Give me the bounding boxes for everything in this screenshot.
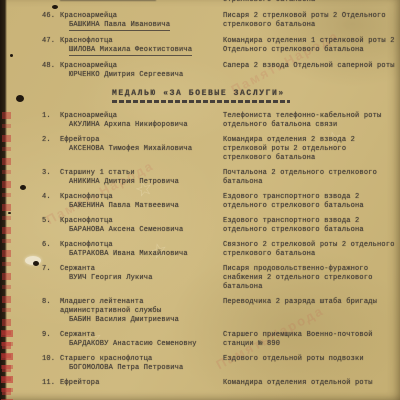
entry-rank: Красноармейца — [60, 62, 218, 71]
entry-name: АКСЕНОВА Тимофея Михайловича — [60, 145, 218, 154]
award-entry: 3. Старшину 1 статьи АНИКИНА Дмитрия Пет… — [0, 169, 400, 187]
clipped-top-entry: стрелкового батальона — [0, 0, 400, 5]
entry-number: 48. — [42, 62, 60, 71]
typed-text-block: стрелкового батальона 46. Красноармейца … — [0, 0, 400, 394]
entry-name: БАРДАКОВУ Анастасию Семеновну — [60, 340, 218, 349]
entry-number: 47. — [42, 37, 60, 46]
entry-name: АНИКИНА Дмитрия Петровича — [60, 178, 218, 187]
entry-rank: Красноармейца — [60, 112, 218, 121]
award-entry: 48. Красноармейца ЮРЧЕНКО Дмитрия Сергее… — [0, 62, 400, 80]
entry-name: ЮРЧЕНКО Дмитрия Сергеевича — [60, 71, 218, 80]
entry-name: БАЖЕНИНА Павла Матвеевича — [60, 202, 218, 211]
award-entry: 7. Сержанта ВУИЧ Георгия Лукича Писаря п… — [0, 265, 400, 292]
entry-name: БАБИН Василия Дмитриевича — [60, 316, 218, 325]
top-entries-list: 46. Красноармейца БАШКИНА Павла Иванович… — [0, 12, 400, 80]
main-entries-list: 1. Красноармейца АКУЛИНА Архипа Никифоро… — [0, 112, 400, 388]
entry-rank: Старшего краснофлотца — [60, 355, 218, 364]
entry-citation: Сапера 2 взвода Отдельной саперной роты — [218, 62, 396, 71]
award-entry: 2. Ефрейтора АКСЕНОВА Тимофея Михайлович… — [0, 136, 400, 163]
entry-citation: Ездового транспортного взвода 2 отдельно… — [218, 193, 396, 211]
entry-citation: Телефониста телефонно-кабельной роты отд… — [218, 112, 396, 130]
entry-citation: Почтальона 2 отдельного стрелкового бата… — [218, 169, 396, 187]
scanned-award-document-page: ПамятьНарода ПамятьНарода ПамятьНарода ☆… — [0, 0, 400, 400]
entry-citation: Командира отделения 2 взвода 2 стрелково… — [218, 136, 396, 163]
entry-citation: Старшего приемщика Военно-почтовой станц… — [218, 331, 396, 349]
entry-rank: Краснофлотца — [60, 217, 218, 226]
paper-speck — [52, 5, 58, 9]
award-entry: 10. Старшего краснофлотца БОГОМОЛОВА Пет… — [0, 355, 400, 373]
entry-name: АКУЛИНА Архипа Никифоровича — [60, 121, 218, 130]
entry-number: 46. — [42, 12, 60, 21]
entry-rank: Красноармейца — [60, 12, 218, 21]
entry-citation: Командира отделения 1 стрелковой роты 2 … — [218, 37, 396, 55]
entry-name: ШИЛОВА Михаила Феоктистовича — [69, 46, 192, 56]
entry-rank: Краснофлотца — [60, 37, 218, 46]
entry-number: 3. — [42, 169, 60, 178]
entry-rank: Краснофлотца — [60, 241, 218, 250]
entry-number: 4. — [42, 193, 60, 202]
entry-number: 5. — [42, 217, 60, 226]
award-entry: 47. Краснофлотца ШИЛОВА Михаила Феоктист… — [0, 37, 400, 56]
entry-number: 6. — [42, 241, 60, 250]
entry-rank: Ефрейтора — [60, 379, 218, 388]
entry-rank: Краснофлотца — [60, 193, 218, 202]
entry-number: 10. — [42, 355, 60, 364]
entry-rank: Сержанта — [60, 265, 218, 274]
entry-rank: Сержанта — [60, 331, 218, 340]
entry-name: БАШКИНА Павла Ивановича — [69, 21, 170, 31]
medal-section-heading: МЕДАЛЬЮ «ЗА БОЕВЫЕ ЗАСЛУГИ» — [112, 89, 400, 98]
entry-citation: Командира отделения отдельной роты — [218, 379, 396, 388]
entry-citation: Ездового транспортного взвода 2 отдельно… — [218, 217, 396, 235]
award-entry: 4. Краснофлотца БАЖЕНИНА Павла Матвеевич… — [0, 193, 400, 211]
entry-name: БОГОМОЛОВА Петра Петровича — [60, 364, 218, 373]
award-entry: 1. Красноармейца АКУЛИНА Архипа Никифоро… — [0, 112, 400, 130]
illegible-text-smudge — [60, 0, 156, 1]
paper-speck — [8, 212, 11, 214]
entry-rank: Старшину 1 статьи — [60, 169, 218, 178]
entry-citation: Писаря 2 стрелковой роты 2 Отдельного ст… — [218, 12, 396, 30]
paper-speck — [16, 95, 24, 102]
entry-citation: Переводчика 2 разряда штаба бригады — [218, 298, 396, 307]
paper-speck — [20, 185, 26, 190]
entry-rank: Младшего лейтенанта административной слу… — [60, 298, 218, 316]
entry-number: 11. — [42, 379, 60, 388]
section-heading-wrap: МЕДАЛЬЮ «ЗА БОЕВЫЕ ЗАСЛУГИ» — [112, 89, 400, 103]
entry-number: 8. — [42, 298, 60, 307]
entry-number: 7. — [42, 265, 60, 274]
heading-underline — [112, 100, 290, 103]
award-entry: 9. Сержанта БАРДАКОВУ Анастасию Семеновн… — [0, 331, 400, 349]
entry-number: 9. — [42, 331, 60, 340]
award-entry: 11. Ефрейтора Командира отделения отдель… — [0, 379, 400, 388]
entry-name: БАТРАКОВА Ивана Михайловича — [60, 250, 218, 259]
entry-citation-fragment: стрелкового батальона — [218, 0, 396, 5]
red-edge-watermark — [1, 330, 13, 400]
entry-citation: Писаря продовольственно-фуражного снабже… — [218, 265, 396, 292]
entry-number: 2. — [42, 136, 60, 145]
award-entry: 6. Краснофлотца БАТРАКОВА Ивана Михайлов… — [0, 241, 400, 259]
entry-number: 1. — [42, 112, 60, 121]
paper-speck — [10, 54, 13, 57]
award-entry: 8. Младшего лейтенанта административной … — [0, 298, 400, 325]
entry-citation: Ездового отдельной роты подвозки — [218, 355, 396, 364]
entry-name: ВУИЧ Георгия Лукича — [60, 274, 218, 283]
award-entry: 46. Красноармейца БАШКИНА Павла Иванович… — [0, 12, 400, 31]
entry-name: БАРАНОВА Аксена Семеновича — [60, 226, 218, 235]
entry-citation: Связного 2 стрелковой роты 2 отдельного … — [218, 241, 396, 259]
award-entry: 5. Краснофлотца БАРАНОВА Аксена Семенови… — [0, 217, 400, 235]
paper-speck — [33, 261, 39, 266]
entry-rank: Ефрейтора — [60, 136, 218, 145]
